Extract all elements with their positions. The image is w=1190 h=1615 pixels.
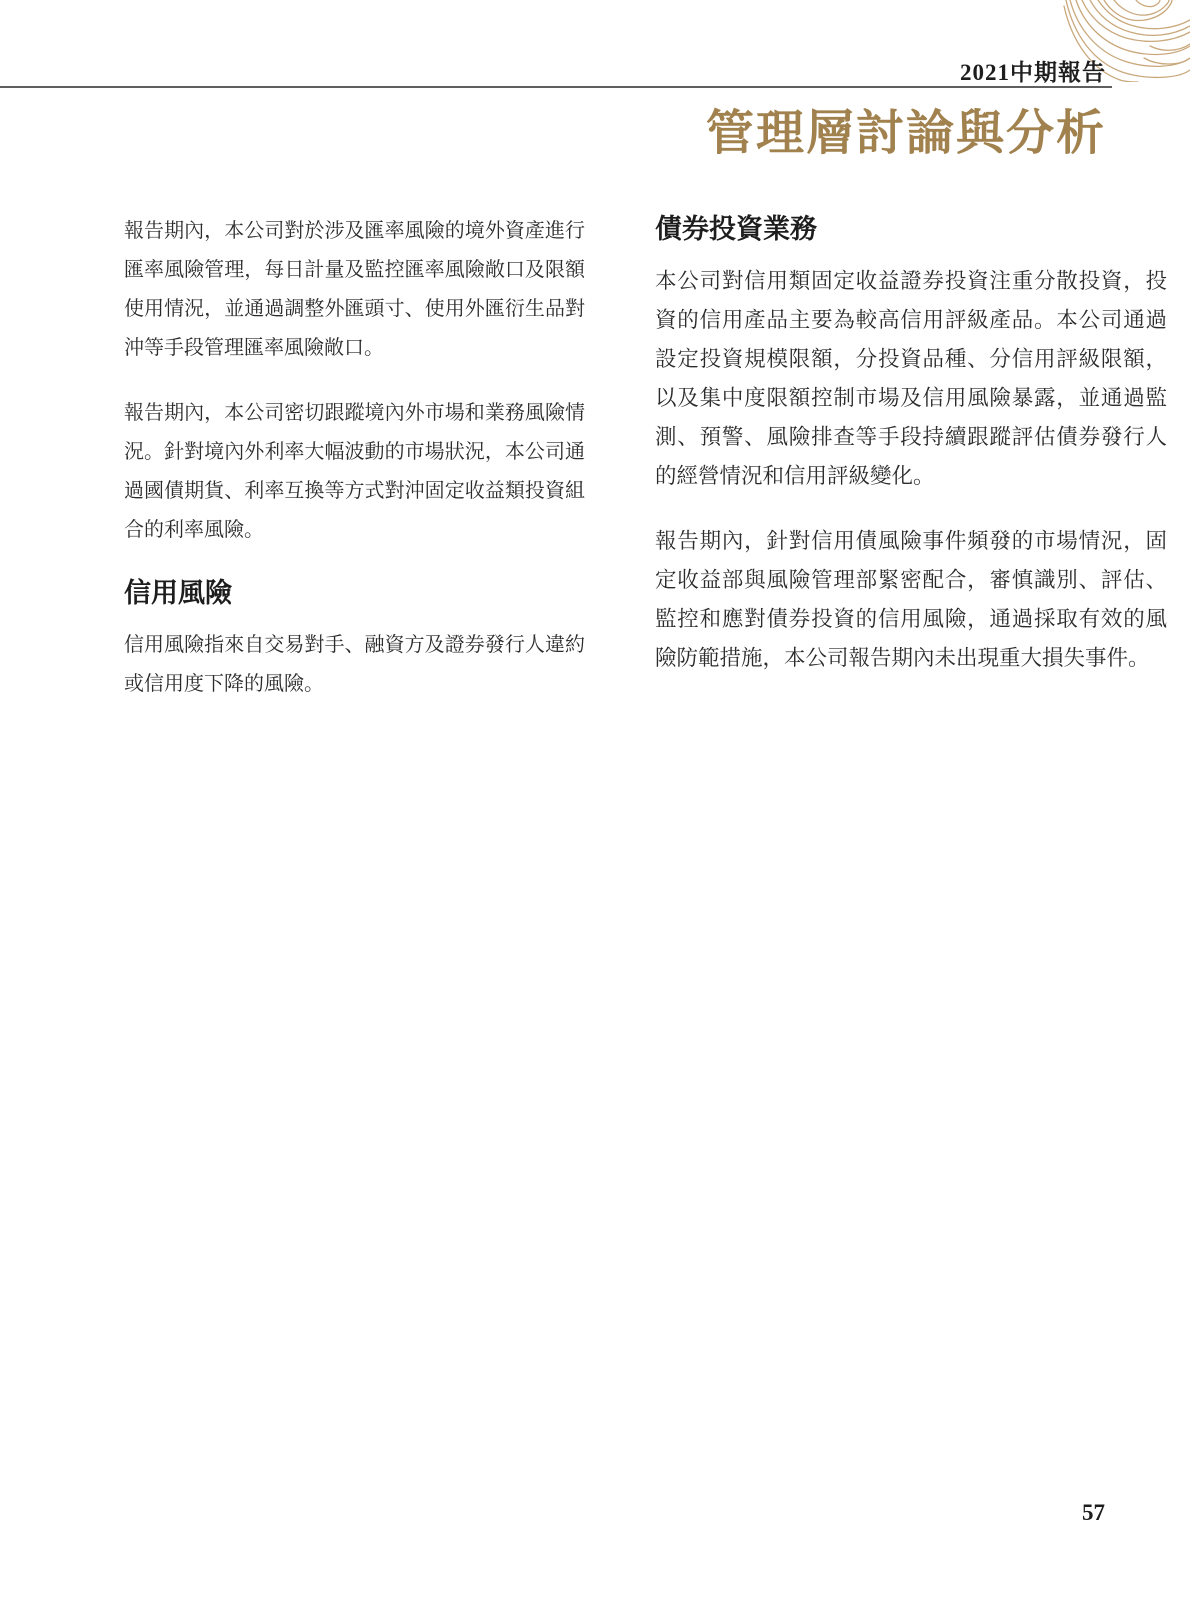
credit-risk-heading: 信用風險 [124, 576, 585, 610]
right-paragraph-credit-bond-risk: 報告期內，針對信用債風險事件頻發的市場情況，固定收益部與風險管理部緊密配合，審慎… [655, 522, 1167, 678]
page-number: 57 [1082, 1500, 1105, 1526]
left-paragraph-credit-risk-definition: 信用風險指來自交易對手、融資方及證券發行人違約或信用度下降的風險。 [124, 626, 585, 704]
report-period-label: 2021中期報告 [960, 54, 1106, 87]
header-divider [0, 86, 1112, 88]
left-paragraph-interest-rate-risk: 報告期內，本公司密切跟蹤境內外市場和業務風險情況。針對境內外利率大幅波動的市場狀… [124, 394, 585, 550]
right-paragraph-bond-investment-policy: 本公司對信用類固定收益證券投資注重分散投資，投資的信用產品主要為較高信用評級產品… [655, 262, 1167, 496]
report-page: 2021中期報告 管理層討論與分析 報告期內，本公司對於涉及匯率風險的境外資產進… [0, 0, 1190, 1615]
left-column: 報告期內，本公司對於涉及匯率風險的境外資產進行匯率風險管理，每日計量及監控匯率風… [124, 212, 585, 730]
bond-investment-heading: 債券投資業務 [655, 212, 1167, 246]
left-paragraph-exchange-risk-1: 報告期內，本公司對於涉及匯率風險的境外資產進行匯率風險管理，每日計量及監控匯率風… [124, 212, 585, 368]
page-title: 管理層討論與分析 [706, 94, 1106, 163]
right-column: 債券投資業務 本公司對信用類固定收益證券投資注重分散投資，投資的信用產品主要為較… [655, 212, 1167, 704]
